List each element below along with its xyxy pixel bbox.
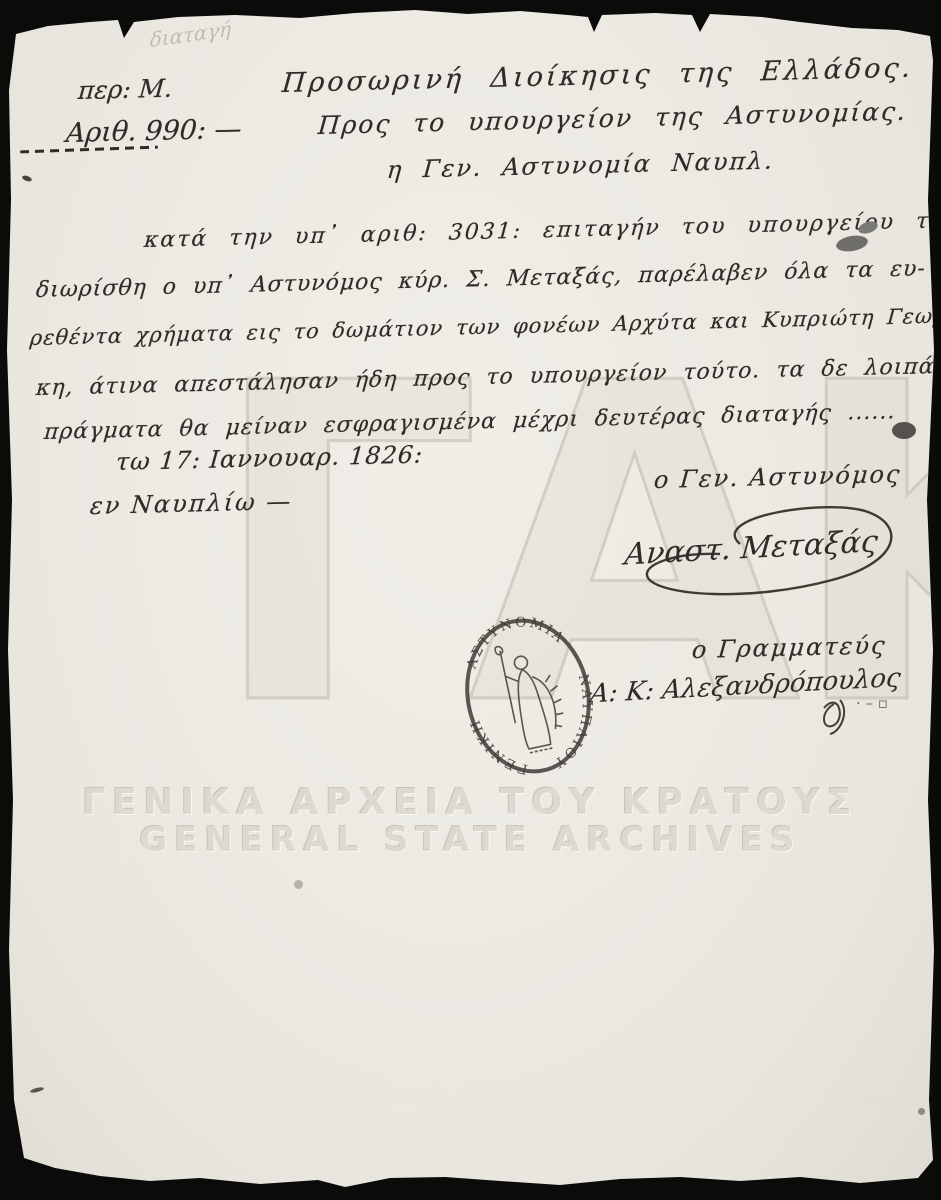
header-line-3: η Γεν. Αστυνομία Ναυπλ.	[386, 147, 775, 185]
officer-signature: Αναστ. Μεταξάς	[600, 492, 936, 608]
watermark-text-greek: ΓΕΝΙΚΑ ΑΡΧΕΙΑ ΤΟΥ ΚΡΑΤΟΥΣ	[0, 782, 941, 823]
watermark-text-english: GENERAL STATE ARCHIVES	[0, 820, 941, 860]
paper-spot	[918, 1108, 925, 1115]
header-line-2: Προς το υπουργείον της Αστυνομίας.	[317, 97, 908, 140]
officer-signature-name: Αναστ. Μεταξάς	[620, 524, 879, 572]
ink-speck	[30, 1086, 45, 1093]
body-line-1: κατά την υπ᾽ αριθ: 3031: επιταγήν του υπ…	[143, 207, 941, 253]
scanned-document-photo: ΓΑΚ ΓΕΝΙΚΑ ΑΡΧΕΙΑ ΤΟΥ ΚΡΑΤΟΥΣ GENERAL ST…	[0, 0, 941, 1200]
paper-crease	[380, 1092, 940, 1114]
secretary-flourish	[824, 700, 844, 734]
manuscript-paper: ΓΑΚ ΓΕΝΙΚΑ ΑΡΧΕΙΑ ΤΟΥ ΚΡΑΤΟΥΣ GENERAL ST…	[0, 0, 941, 1200]
paper-crease	[120, 560, 122, 860]
paper-spot	[294, 880, 303, 889]
registry-number: Αριθ. 990: —	[65, 114, 243, 149]
place-line: εν Ναυπλίω —	[89, 487, 294, 520]
header-line-1: Προσωρινή Διοίκησις της Ελλάδος.	[281, 53, 915, 99]
secretary-signature: Α: Κ: Αλεξανδρόπουλος · – ▫	[588, 660, 928, 746]
paper-crease	[0, 1065, 479, 1092]
ink-speck	[21, 174, 32, 182]
registry-period: περ: Μ.	[77, 74, 174, 105]
pencil-scribble: διαταγή	[150, 16, 232, 52]
ink-stain	[835, 233, 869, 253]
ink-stain	[892, 422, 916, 439]
secretary-trailing-marks: · – ▫	[856, 694, 888, 712]
stamp-figure-icon	[495, 636, 571, 755]
